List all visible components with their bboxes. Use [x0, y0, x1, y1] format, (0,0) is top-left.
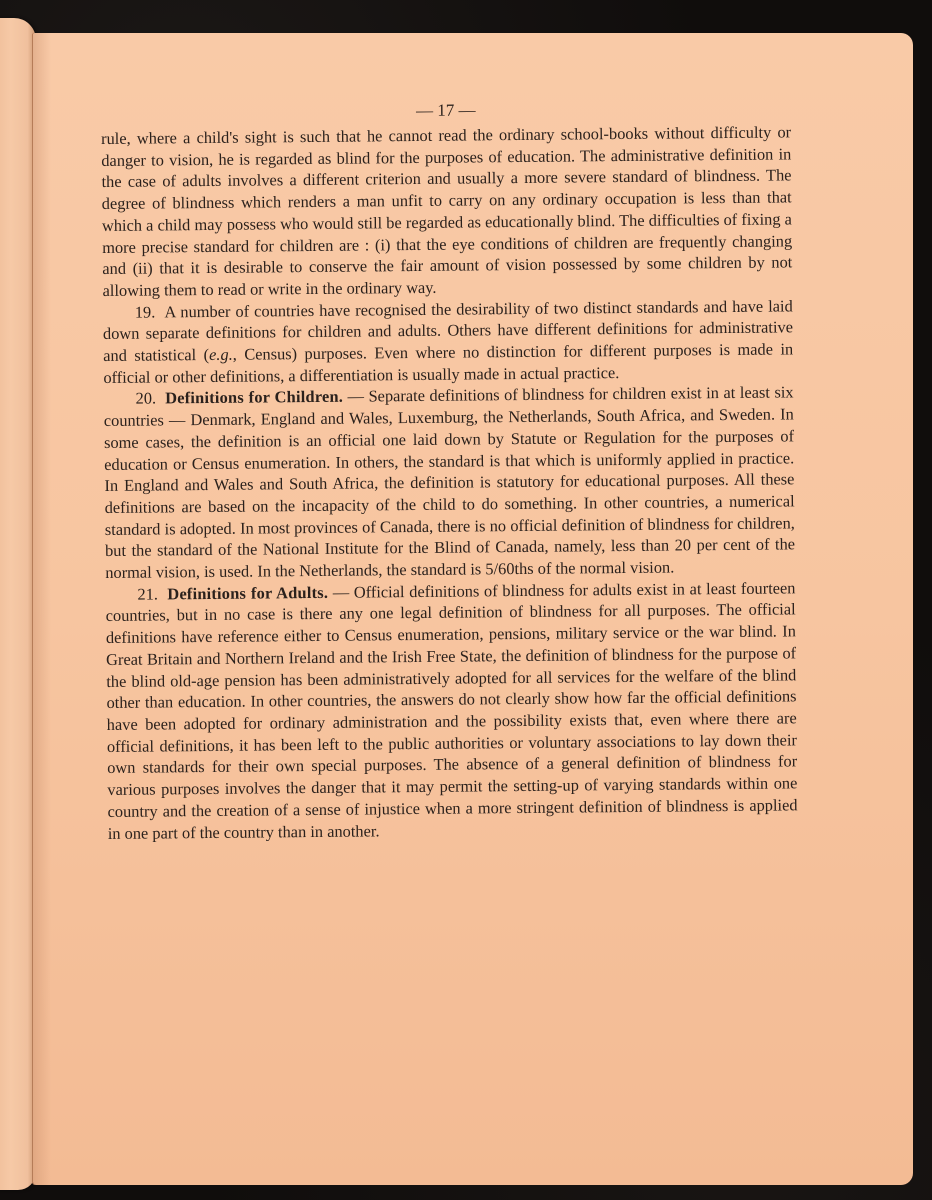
italic-abbreviation: e.g. [209, 345, 233, 364]
section-heading: Definitions for Children. [165, 387, 343, 408]
paragraph-text: rule, where a child's sight is such that… [101, 122, 792, 300]
left-page-edge [0, 18, 36, 1190]
paragraph-number: 20. [136, 389, 157, 408]
paragraph-20: 20. Definitions for Children. — Separate… [103, 382, 795, 584]
paragraph-number: 19. [135, 302, 156, 321]
book-page: — 17 — rule, where a child's sight is su… [33, 33, 913, 1185]
paragraph-19: 19. A number of countries have recognise… [103, 295, 794, 388]
section-heading: Definitions for Adults. [167, 583, 328, 604]
paragraph-21: 21. Definitions for Adults. — Official d… [105, 577, 797, 844]
paragraph-number: 21. [137, 584, 158, 603]
paragraph-text: — Official definitions of blindness for … [106, 578, 798, 842]
page-text: — 17 — rule, where a child's sight is su… [101, 121, 798, 844]
page-number: — 17 — [101, 96, 791, 124]
paragraph-text: — Separate definitions of blindness for … [104, 383, 795, 582]
paragraph-continuation: rule, where a child's sight is such that… [101, 121, 793, 301]
